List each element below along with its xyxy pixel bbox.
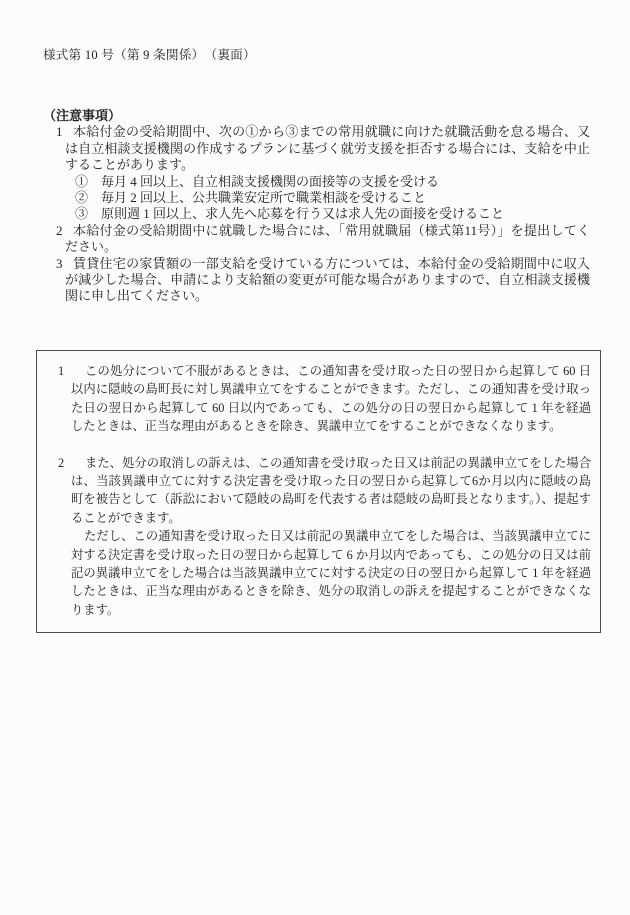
- note-subitem: ① 毎月 4 回以上、自立相談支援機関の面接等の支援を受ける: [43, 174, 590, 190]
- appeal-item-number: 2: [58, 454, 64, 472]
- form-number-header: 様式第 10 号（第 9 条関係） （裏面）: [43, 47, 590, 63]
- appeal-item: 2 また、処分の取消しの訴えは、この通知書を受け取った日又は前記の異議申立てをし…: [50, 454, 591, 620]
- appeal-paragraph: ただし、この通知書を受け取った日又は前記の異議申立てをした場合は、当該異議申立て…: [71, 527, 591, 619]
- note-item: 2本給付金の受給期間中に就職した場合には、「常用就職届（様式第11号）」を提出し…: [43, 223, 590, 256]
- appeal-rights-box: 1 この処分について不服があるときは、この通知書を受け取った日の翌日から起算して…: [36, 350, 601, 633]
- document-page: 様式第 10 号（第 9 条関係） （裏面） （注意事項） 1本給付金の受給期間…: [0, 0, 630, 915]
- note-item-text: 賃貸住宅の家賃額の一部支給を受けている方については、本給付金の受給期間中に収入が…: [65, 256, 590, 304]
- note-item-number: 3: [56, 256, 63, 272]
- note-item: 3賃貸住宅の家賃額の一部支給を受けている方については、本給付金の受給期間中に収入…: [43, 256, 590, 305]
- notes-section: （注意事項） 1本給付金の受給期間中、次の①から③までの常用就職に向けた就職活動…: [43, 108, 590, 305]
- appeal-item-number: 1: [58, 362, 64, 380]
- note-item-number: 1: [56, 124, 63, 140]
- appeal-paragraph: この処分について不服があるときは、この通知書を受け取った日の翌日から起算して 6…: [71, 362, 591, 436]
- note-item-text: 本給付金の受給期間中に就職した場合には、「常用就職届（様式第11号）」を提出して…: [65, 223, 590, 254]
- notes-title: （注意事項）: [43, 108, 590, 124]
- note-item-number: 2: [56, 223, 63, 239]
- note-item: 1本給付金の受給期間中、次の①から③までの常用就職に向けた就職活動を怠る場合、又…: [43, 124, 590, 173]
- note-subitem: ② 毎月 2 回以上、公共職業安定所で職業相談を受けること: [43, 190, 590, 206]
- appeal-paragraph: また、処分の取消しの訴えは、この通知書を受け取った日又は前記の異議申立てをした場…: [71, 454, 591, 528]
- note-subitem: ③ 原則週 1 回以上、求人先へ応募を行う又は求人先の面接を受けること: [43, 206, 590, 222]
- note-item-text: 本給付金の受給期間中、次の①から③までの常用就職に向けた就職活動を怠る場合、又は…: [65, 124, 590, 172]
- appeal-item: 1 この処分について不服があるときは、この通知書を受け取った日の翌日から起算して…: [50, 362, 591, 436]
